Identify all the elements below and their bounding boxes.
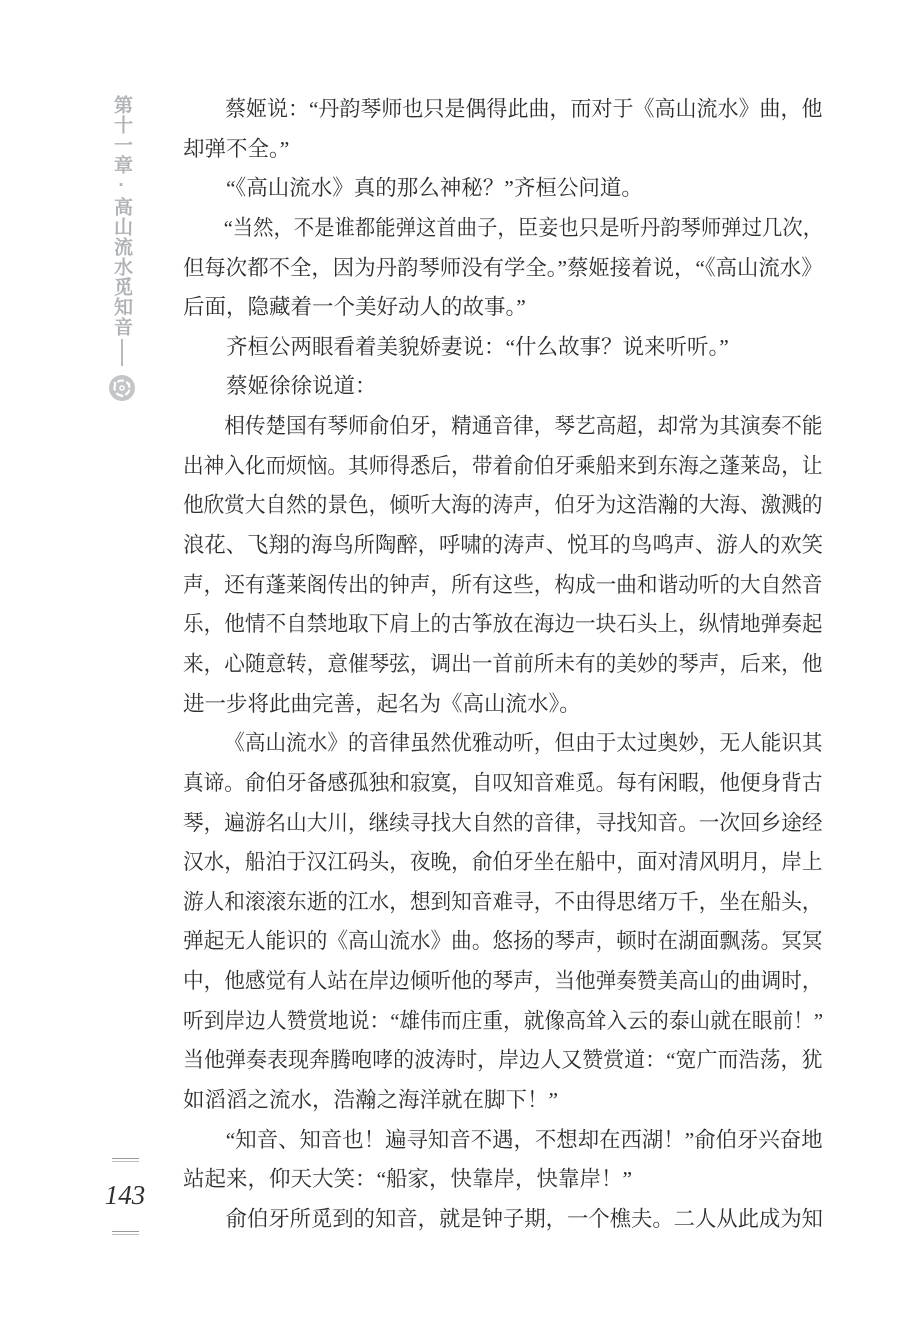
text-line: 后面，隐藏着一个美好动人的故事。” (183, 288, 823, 328)
text-line: 弹起无人能识的《高山流水》曲。悠扬的琴声，顿时在湖面飘荡。冥冥 (183, 922, 797, 962)
text-line: “《高山流水》真的那么神秘？”齐桓公问道。 (183, 169, 823, 209)
text-line: 进一步将此曲完善，起名为《高山流水》。 (183, 685, 823, 725)
text-line: 却弹不全。” (183, 130, 823, 170)
page-number: 143 (103, 1180, 147, 1211)
body-text: 蔡姬说：“丹韵琴师也只是偶得此曲，而对于《高山流水》曲，他却弹不全。”“《高山流… (183, 90, 823, 1240)
text-line: “知音、知音也！遍寻知音不遇，不想却在西湖！”俞伯牙兴奋地 (183, 1121, 820, 1161)
text-line: 蔡姬徐徐说道： (183, 367, 823, 407)
text-line: 但每次都不全，因为丹韵琴师没有学全。”蔡姬接着说，“《高山流水》 (183, 249, 820, 289)
text-line: 站起来，仰天大笑：“船家，快靠岸，快靠岸！” (183, 1160, 823, 1200)
text-line: 如滔滔之流水，浩瀚之海洋就在脚下！” (183, 1081, 823, 1121)
title-dash-rule (121, 339, 123, 366)
text-line: 他欣赏大自然的景色，倾听大海的涛声，伯牙为这浩瀚的大海、激溅的 (183, 486, 797, 526)
text-line: 出神入化而烦恼。其师得悉后，带着俞伯牙乘船来到东海之蓬莱岛，让 (183, 447, 797, 487)
text-line: 听到岸边人赞赏地说：“雄伟而庄重，就像高耸入云的泰山就在眼前！” (183, 1002, 800, 1042)
folio-bottom-rule (112, 1231, 139, 1235)
text-line: 琴，遍游名山大川，继续寻找大自然的音律，寻找知音。一次回乡途经 (183, 804, 797, 844)
text-line: 齐桓公两眼看着美貌娇妻说：“什么故事？说来听听。” (183, 328, 823, 368)
seal-icon (108, 374, 136, 402)
book-page: 第十一章·高山流水觅知音 143 蔡姬说：“丹韵琴师也只是偶得此曲，而对于《高山… (0, 0, 913, 1338)
text-line: 当他弹奏表现奔腾咆哮的波涛时，岸边人又赞赏道：“宽广而浩荡，犹 (183, 1041, 808, 1081)
text-line: 乐，他情不自禁地取下肩上的古筝放在海边一块石头上，纵情地弹奏起 (183, 605, 797, 645)
text-line: 蔡姬说：“丹韵琴师也只是偶得此曲，而对于《高山流水》曲，他 (183, 90, 808, 130)
text-line: 声，还有蓬莱阁传出的钟声，所有这些，构成一曲和谐动听的大自然音 (183, 566, 797, 606)
text-line: 中，他感觉有人站在岸边倾听他的琴声，当他弹奏赞美高山的曲调时， (183, 962, 797, 1002)
text-line: “当然，不是谁都能弹这首曲子，臣妾也只是听丹韵琴师弹过几次， (183, 209, 789, 249)
folio-top-rule (112, 1158, 139, 1162)
text-line: 俞伯牙所觅到的知音，就是钟子期，一个樵夫。二人从此成为知 (183, 1200, 818, 1240)
text-line: 汉水，船泊于汉江码头，夜晚，俞伯牙坐在船中，面对清风明月，岸上 (183, 843, 797, 883)
text-line: 来，心随意转，意催琴弦，调出一首前所未有的美妙的琴声，后来，他 (183, 645, 797, 685)
text-line: 游人和滚滚东逝的江水，想到知音难寻，不由得思绪万千，坐在船头， (183, 883, 797, 923)
text-line: 相传楚国有琴师俞伯牙，精通音律，琴艺高超，却常为其演奏不能 (183, 407, 797, 447)
text-line: 真谛。俞伯牙备感孤独和寂寞，自叹知音难觅。每有闲暇，他便身背古 (183, 764, 797, 804)
chapter-title: 第十一章·高山流水觅知音 (104, 95, 138, 345)
text-line: 浪花、飞翔的海鸟所陶醉，呼啸的涛声、悦耳的鸟鸣声、游人的欢笑 (183, 526, 818, 566)
text-line: 《高山流水》的音律虽然优雅动听，但由于太过奥妙，无人能识其 (183, 724, 797, 764)
